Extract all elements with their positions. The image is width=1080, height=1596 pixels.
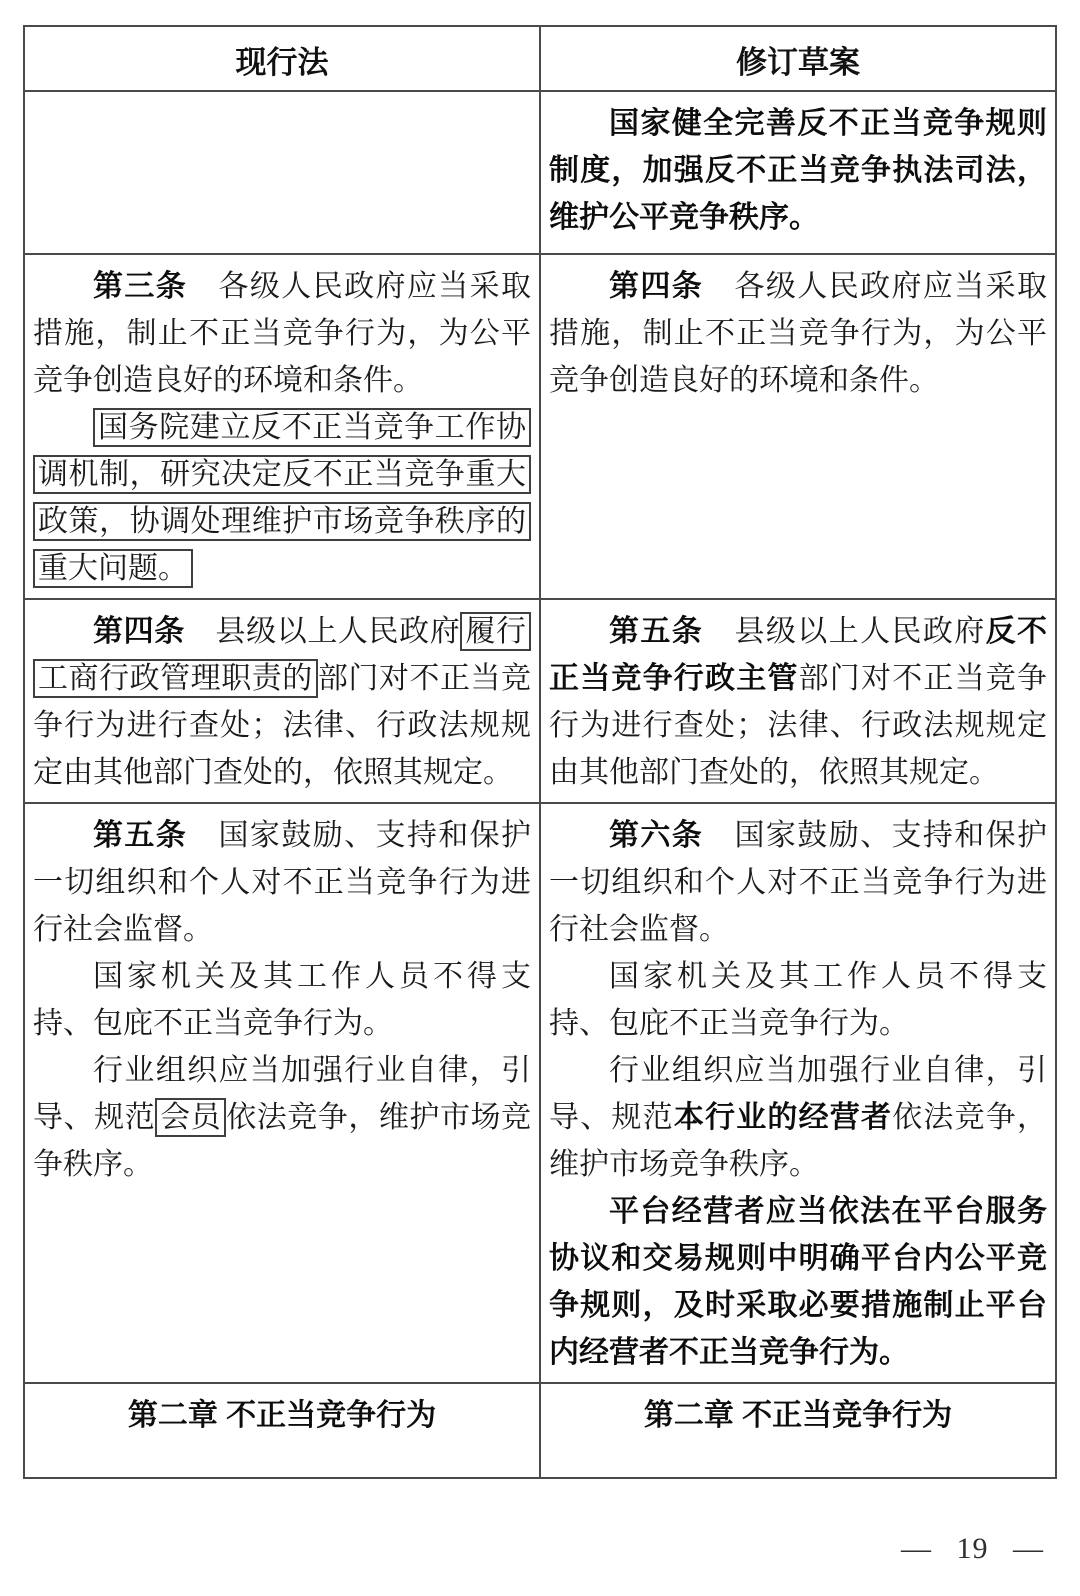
chapter-heading: 第二章 不正当竞争行为	[33, 1392, 531, 1439]
revision-draft-cell: 国家健全完善反不正当竞争规则制度，加强反不正当竞争执法司法，维护公平竞争秩序。	[540, 91, 1056, 254]
table-row: 第二章 不正当竞争行为第二章 不正当竞争行为	[24, 1383, 1056, 1478]
current-law-cell: 第四条 县级以上人民政府履行工商行政管理职责的部门对不正当竞争行为进行查处；法律…	[24, 599, 540, 803]
document-page: 现行法 修订草案 国家健全完善反不正当竞争规则制度，加强反不正当竞争执法司法，维…	[0, 0, 1080, 1596]
bold-text-run: 第四条	[609, 270, 703, 303]
bold-text-run: 第四条	[93, 615, 185, 648]
table-row: 第四条 县级以上人民政府履行工商行政管理职责的部门对不正当竞争行为进行查处；法律…	[24, 599, 1056, 803]
bold-text-run: 本行业的经营者	[674, 1101, 892, 1134]
table-row: 国家健全完善反不正当竞争规则制度，加强反不正当竞争执法司法，维护公平竞争秩序。	[24, 91, 1056, 254]
paragraph: 第四条 县级以上人民政府履行工商行政管理职责的部门对不正当竞争行为进行查处；法律…	[33, 608, 531, 796]
bold-text-run: 国家健全完善反不正当竞争规则制度，加强反不正当竞争执法司法，维护公平竞争秩序。	[549, 107, 1047, 234]
paragraph: 国务院建立反不正当竞争工作协调机制，研究决定反不正当竞争重大政策，协调处理维护市…	[33, 404, 531, 592]
paragraph: 第五条 国家鼓励、支持和保护一切组织和个人对不正当竞争行为进行社会监督。	[33, 812, 531, 953]
text-run: 县级以上人民政府	[703, 615, 985, 648]
revision-draft-cell: 第二章 不正当竞争行为	[540, 1383, 1056, 1478]
current-law-cell: 第五条 国家鼓励、支持和保护一切组织和个人对不正当竞争行为进行社会监督。国家机关…	[24, 803, 540, 1383]
boxed-markup-run: 国务院建立反不正当竞争工作协调机制，研究决定反不正当竞争重大政策，协调处理维护市…	[33, 408, 531, 588]
header-row: 现行法 修订草案	[24, 26, 1056, 91]
bold-text-run: 第五条	[609, 615, 703, 648]
paragraph: 平台经营者应当依法在平台服务协议和交易规则中明确平台内公平竞争规则，及时采取必要…	[549, 1188, 1047, 1376]
page-number: — 19 —	[901, 1532, 1044, 1566]
column-header-current-law: 现行法	[24, 26, 540, 91]
paragraph: 第六条 国家鼓励、支持和保护一切组织和个人对不正当竞争行为进行社会监督。	[549, 812, 1047, 953]
boxed-markup-run: 会员	[155, 1098, 226, 1137]
current-law-cell	[24, 91, 540, 254]
chapter-heading: 第二章 不正当竞争行为	[549, 1392, 1047, 1439]
bold-text-run: 平台经营者应当依法在平台服务协议和交易规则中明确平台内公平竞争规则，及时采取必要…	[549, 1195, 1047, 1369]
table-row: 第三条 各级人民政府应当采取措施，制止不正当竞争行为，为公平竞争创造良好的环境和…	[24, 254, 1056, 599]
current-law-cell: 第二章 不正当竞争行为	[24, 1383, 540, 1478]
paragraph: 国家机关及其工作人员不得支持、包庇不正当竞争行为。	[549, 953, 1047, 1047]
law-comparison-table: 现行法 修订草案 国家健全完善反不正当竞争规则制度，加强反不正当竞争执法司法，维…	[23, 25, 1057, 1479]
paragraph: 国家健全完善反不正当竞争规则制度，加强反不正当竞争执法司法，维护公平竞争秩序。	[549, 100, 1047, 241]
paragraph: 第四条 各级人民政府应当采取措施，制止不正当竞争行为，为公平竞争创造良好的环境和…	[549, 263, 1047, 404]
bold-text-run: 第六条	[609, 819, 703, 852]
paragraph: 行业组织应当加强行业自律，引导、规范会员依法竞争，维护市场竞争秩序。	[33, 1047, 531, 1188]
bold-text-run: 第二章 不正当竞争行为	[128, 1399, 436, 1432]
text-run: 国家机关及其工作人员不得支持、包庇不正当竞争行为。	[549, 960, 1047, 1040]
bold-text-run: 第三条	[93, 270, 187, 303]
table-header: 现行法 修订草案	[24, 26, 1056, 91]
paragraph: 第三条 各级人民政府应当采取措施，制止不正当竞争行为，为公平竞争创造良好的环境和…	[33, 263, 531, 404]
table-row: 第五条 国家鼓励、支持和保护一切组织和个人对不正当竞争行为进行社会监督。国家机关…	[24, 803, 1056, 1383]
bold-text-run: 第五条	[93, 819, 187, 852]
column-header-revision-draft: 修订草案	[540, 26, 1056, 91]
paragraph: 国家机关及其工作人员不得支持、包庇不正当竞争行为。	[33, 953, 531, 1047]
revision-draft-cell: 第五条 县级以上人民政府反不正当竞争行政主管部门对不正当竞争行为进行查处；法律、…	[540, 599, 1056, 803]
revision-draft-cell: 第六条 国家鼓励、支持和保护一切组织和个人对不正当竞争行为进行社会监督。国家机关…	[540, 803, 1056, 1383]
current-law-cell: 第三条 各级人民政府应当采取措施，制止不正当竞争行为，为公平竞争创造良好的环境和…	[24, 254, 540, 599]
revision-draft-cell: 第四条 各级人民政府应当采取措施，制止不正当竞争行为，为公平竞争创造良好的环境和…	[540, 254, 1056, 599]
table-body: 国家健全完善反不正当竞争规则制度，加强反不正当竞争执法司法，维护公平竞争秩序。第…	[24, 91, 1056, 1478]
paragraph: 行业组织应当加强行业自律，引导、规范本行业的经营者依法竞争，维护市场竞争秩序。	[549, 1047, 1047, 1188]
paragraph: 第五条 县级以上人民政府反不正当竞争行政主管部门对不正当竞争行为进行查处；法律、…	[549, 608, 1047, 796]
text-run: 县级以上人民政府	[185, 615, 461, 648]
text-run: 国家机关及其工作人员不得支持、包庇不正当竞争行为。	[33, 960, 531, 1040]
bold-text-run: 第二章 不正当竞争行为	[644, 1399, 952, 1432]
